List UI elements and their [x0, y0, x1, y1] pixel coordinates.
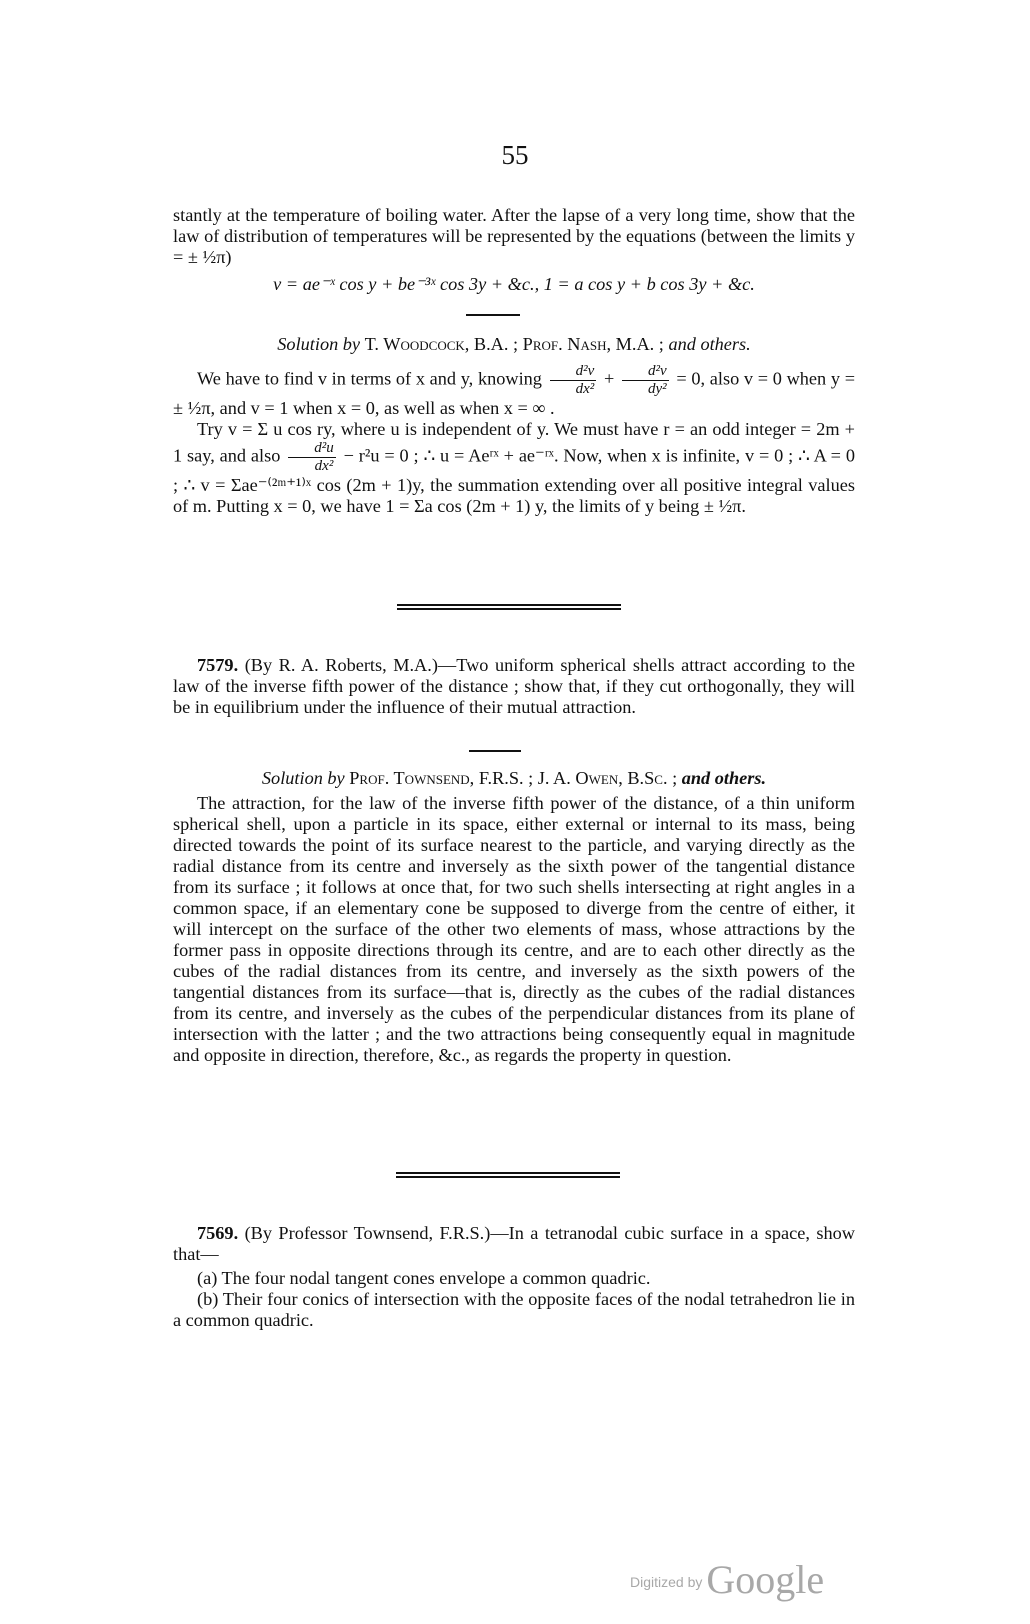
google-logo: Google [706, 1557, 824, 1602]
page-number: 55 [0, 140, 1030, 171]
solution-1-paragraph-2: Try v = Σ u cos ry, where u is independe… [173, 419, 855, 517]
short-rule [469, 750, 521, 752]
solution-1-paragraph-1: We have to find v in terms of x and y, k… [173, 363, 855, 419]
question-number: 7569. [197, 1223, 238, 1243]
solution-1: Solution by T. Woodcock, B.A. ; Prof. Na… [173, 334, 855, 517]
intro-section: stantly at the temperature of boiling wa… [173, 205, 855, 301]
intro-equation: v = ae⁻ˣ cos y + be⁻³ˣ cos 3y + &c., 1 =… [173, 274, 855, 295]
question-text: (By R. A. Roberts, M.A.)—Two uniform sph… [173, 655, 855, 717]
fraction: d²udx² [288, 440, 336, 475]
digitized-watermark: Digitized byGoogle [630, 1556, 824, 1603]
short-rule [466, 314, 520, 316]
fraction: d²vdx² [550, 363, 597, 398]
question-number: 7579. [197, 655, 238, 675]
solution-2: Solution by Prof. Townsend, F.R.S. ; J. … [173, 768, 855, 1066]
fraction: d²vdy² [622, 363, 669, 398]
section-divider [396, 1172, 620, 1178]
intro-text: stantly at the temperature of boiling wa… [173, 205, 855, 268]
solution-2-text: The attraction, for the law of the inver… [173, 793, 855, 1066]
solution-2-heading: Solution by Prof. Townsend, F.R.S. ; J. … [173, 768, 855, 789]
question-7569: 7569. (By Professor Townsend, F.R.S.)—In… [173, 1223, 855, 1331]
question-7579: 7579. (By R. A. Roberts, M.A.)—Two unifo… [173, 655, 855, 718]
section-divider [397, 604, 621, 610]
list-item: (a) The four nodal tangent cones envelop… [173, 1268, 855, 1289]
solution-1-heading: Solution by T. Woodcock, B.A. ; Prof. Na… [173, 334, 855, 355]
list-item: (b) Their four conics of intersection wi… [173, 1289, 855, 1331]
question-text: (By Professor Townsend, F.R.S.)—In a tet… [173, 1223, 855, 1264]
